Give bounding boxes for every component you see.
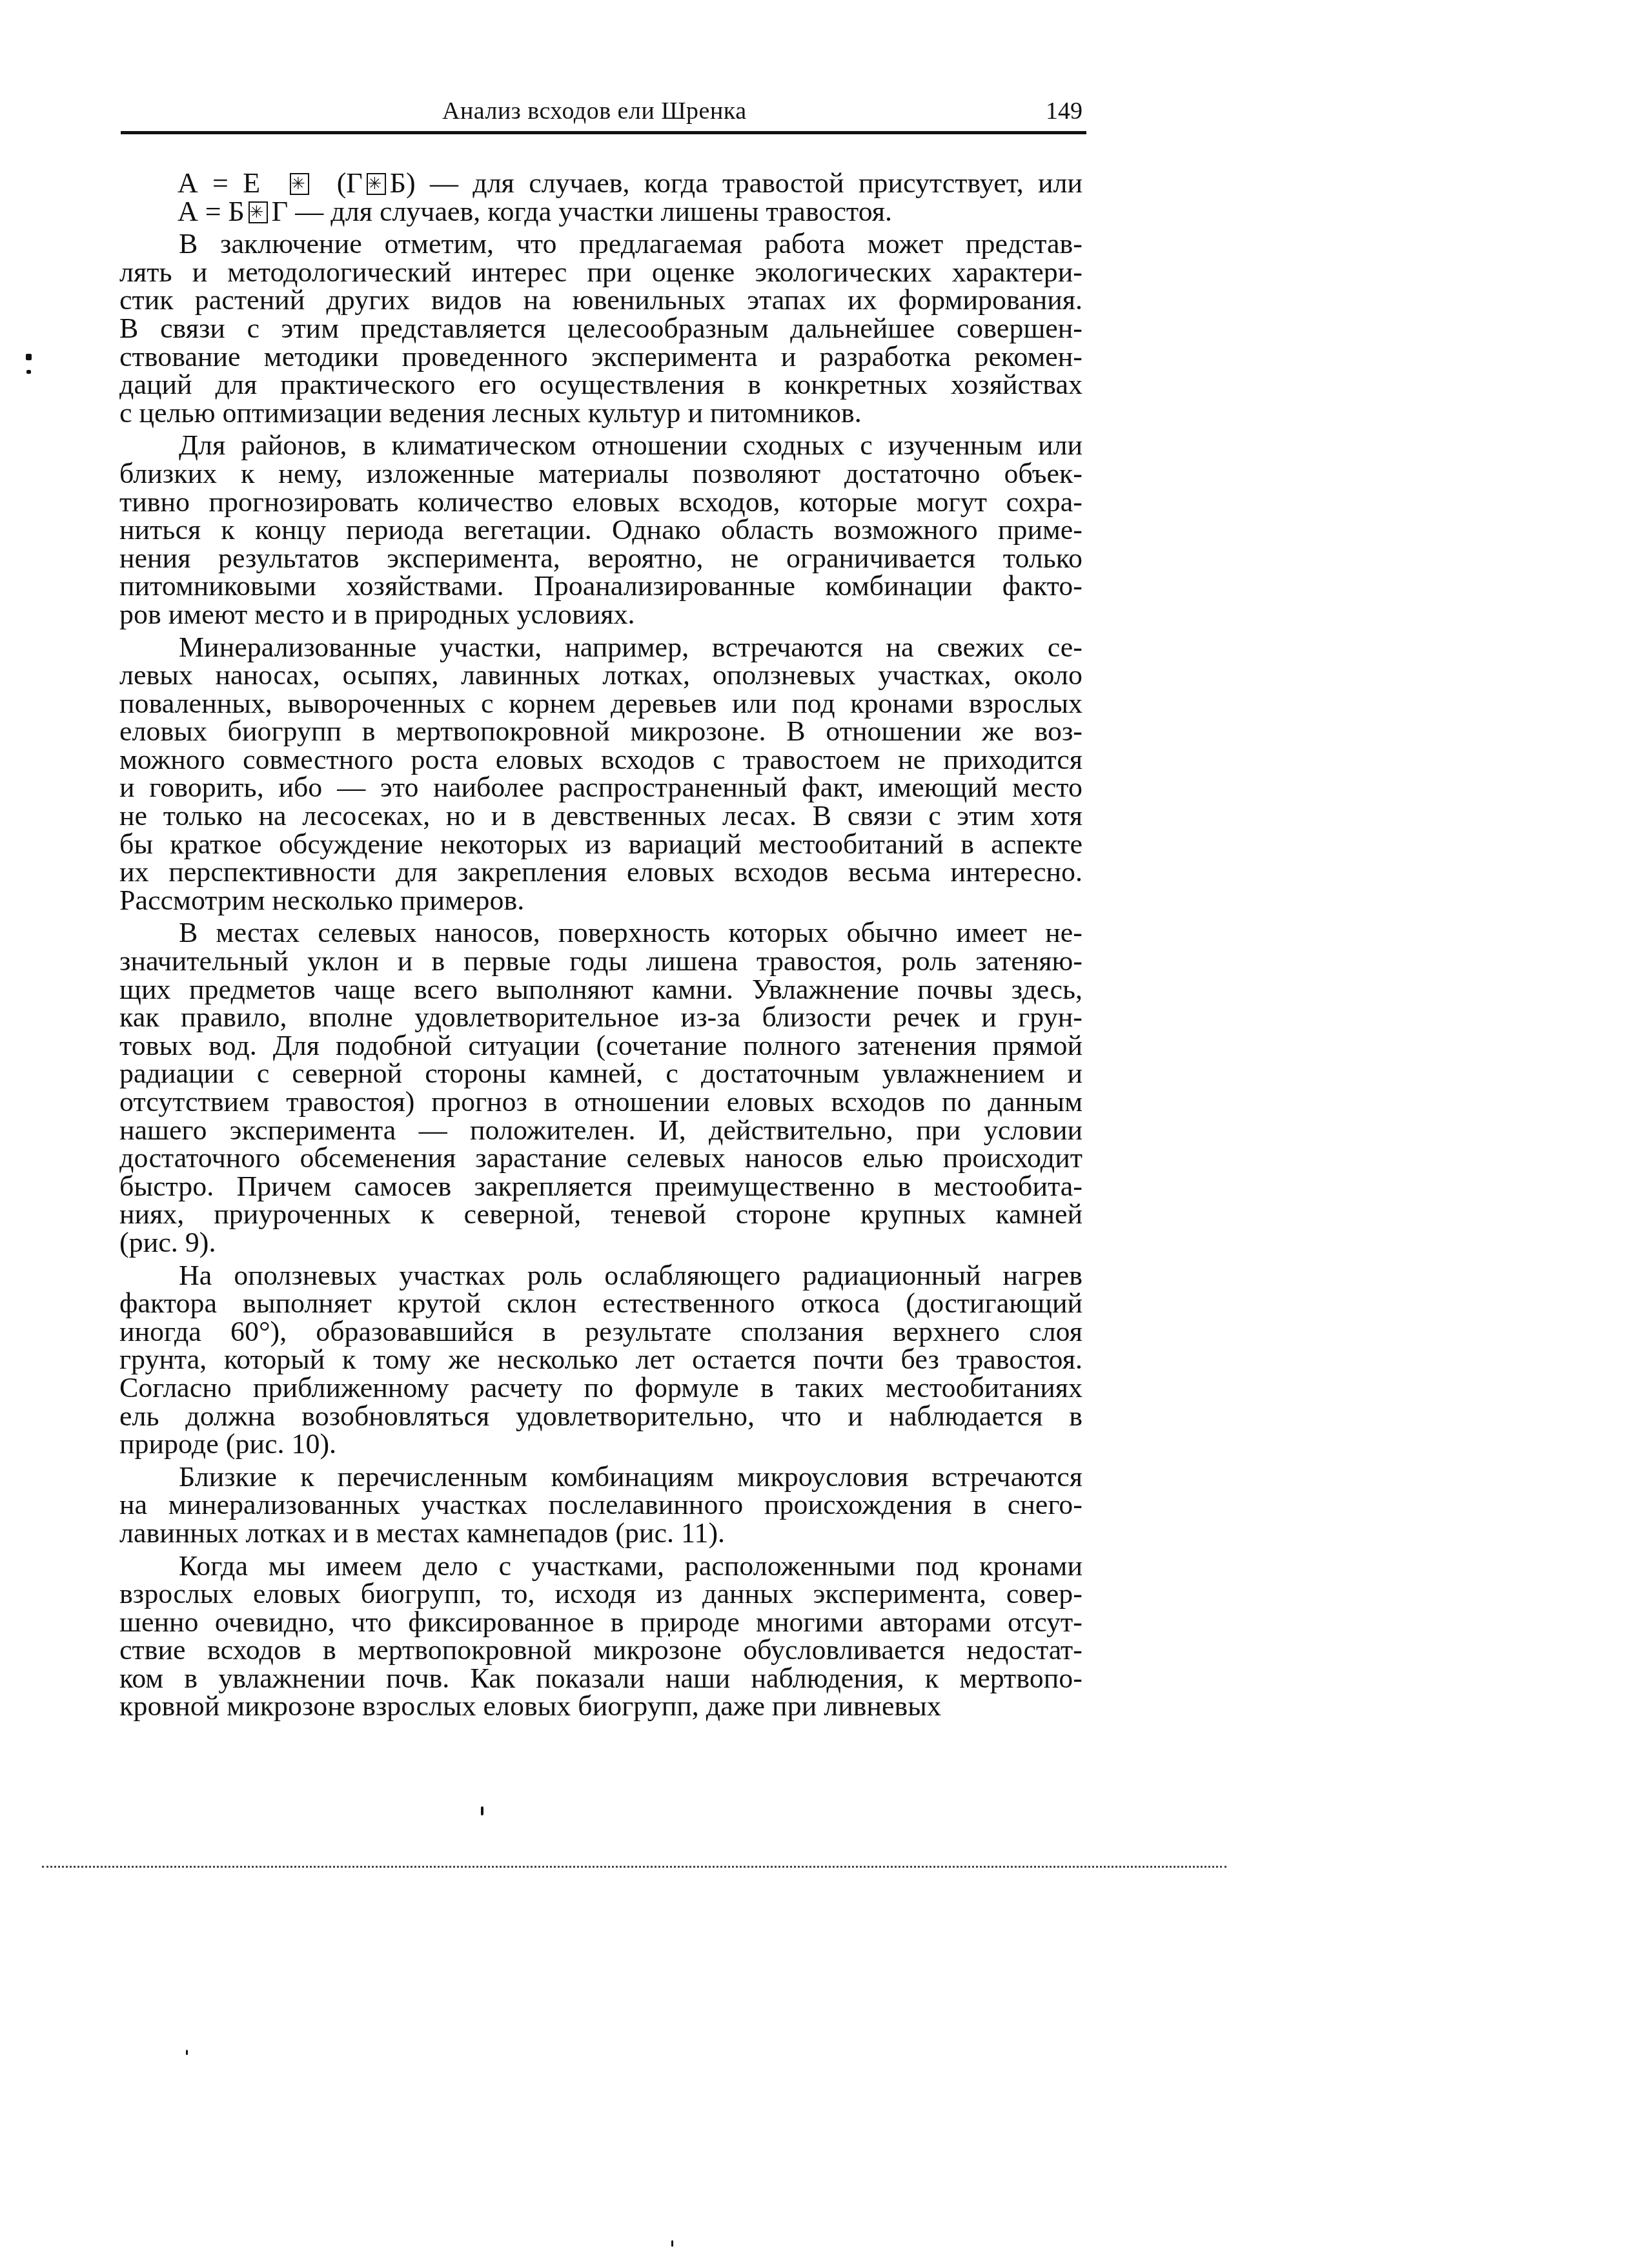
text-line: левых наносах, осыпях, лавинных лотках, … [119,661,1082,690]
text-line: поваленных, вывороченных с корнем деревь… [119,690,1082,718]
squared-asterisk-icon [367,173,386,195]
text-line: быстро. Причем самосев закрепляется преи… [119,1172,1082,1201]
formula-open: (Г [337,167,363,199]
paragraphs: В заключение отметим, что предлагаемая р… [119,230,1082,1721]
text-line: В связи с этим представляется целесообра… [119,314,1082,343]
text-line: (рис. 9). [119,1229,1082,1257]
text-line: еловых биогрупп в мертвопокровной микроз… [119,717,1082,746]
text-line: ствование методики проведенного эксперим… [119,343,1082,371]
squared-asterisk-icon [249,201,268,223]
text-line: лять и методологический интерес при оцен… [119,258,1082,287]
text-line: ствие всходов в мертвопокровной микрозон… [119,1636,1082,1664]
text-line: фактора выполняет крутой склон естествен… [119,1289,1082,1318]
text-line: Минерализованные участки, например, встр… [119,633,1082,662]
paragraph: Для районов, в климатическом отношении с… [119,431,1082,628]
text-line: ком в увлажнении почв. Как показали наши… [119,1664,1082,1693]
running-head: Анализ всходов ели Шренка 149 [121,96,1086,127]
paragraph: Минерализованные участки, например, встр… [119,633,1082,915]
text-line: Для районов, в климатическом отношении с… [119,431,1082,460]
text-line: грунта, который к тому же несколько лет … [119,1345,1082,1374]
text-line: нашего эксперимента — положителен. И, де… [119,1116,1082,1145]
scan-speck [481,1806,483,1815]
text-line: даций для практического его осуществлени… [119,371,1082,399]
text-line: и говорить, ибо — это наиболее распростр… [119,773,1082,802]
text-line: природе (рис. 10). [119,1430,1082,1458]
text-line: бы краткое обсуждение некоторых из вариа… [119,830,1082,859]
formula-lhs: А = Е [178,167,260,199]
text-line: не только на лесосеках, но и в девственн… [119,802,1082,830]
formula-text: Б) — для случаев, когда травостой присут… [390,167,1082,199]
text-line: взрослых еловых биогрупп, то, исходя из … [119,1580,1082,1608]
text-line: щих предметов чаще всего выполняют камни… [119,976,1082,1004]
text-line: как правило, вполне удовлетворительное и… [119,1003,1082,1032]
text-line: шенно очевидно, что фиксированное в прир… [119,1608,1082,1637]
text-line: тивно прогнозировать количество еловых в… [119,488,1082,516]
scan-speck [186,2050,188,2055]
text-line: значительный уклон и в первые годы лишен… [119,947,1082,976]
text-line: нения результатов эксперимента, вероятно… [119,544,1082,573]
formula-text: Г — для случаев, когда участки лишены тр… [272,196,892,227]
formula-line-2: А = БГ — для случаев, когда участки лише… [119,198,1082,226]
running-title: Анализ всходов ели Шренка [442,96,747,127]
text-line: близких к нему, изложенные материалы поз… [119,460,1082,488]
text-line: иногда 60°), образовавшийся в результате… [119,1318,1082,1346]
squared-asterisk-icon [290,173,309,195]
scan-speck [671,2240,673,2247]
text-line: На оползневых участках роль ослабляющего… [119,1262,1082,1290]
text-line: кровной микрозоне взрослых еловых биогру… [119,1692,1082,1721]
paragraph: В местах селевых наносов, поверхность ко… [119,919,1082,1256]
text-line: ниях, приуроченных к северной, теневой с… [119,1200,1082,1229]
scan-speck [26,354,32,360]
text-line: Близкие к перечисленным комбинациям микр… [119,1463,1082,1491]
text-line: с целью оптимизации ведения лесных культ… [119,399,1082,427]
paragraph: Когда мы имеем дело с участками, располо… [119,1552,1082,1721]
page-number: 149 [1046,96,1082,127]
scan-speck [668,1633,670,1637]
text-line: Когда мы имеем дело с участками, располо… [119,1552,1082,1580]
text-line: В заключение отметим, что предлагаемая р… [119,230,1082,258]
scan-speck [26,370,31,374]
text-line: стик растений других видов на ювенильных… [119,286,1082,314]
body-text: А = Е (ГБ) — для случаев, когда травосто… [119,169,1082,1725]
text-line: ниться к концу периода вегетации. Однако… [119,516,1082,544]
header-rule [121,131,1086,134]
text-line: питомниковыми хозяйствами. Проанализиров… [119,572,1082,600]
text-line: Согласно приближенному расчету по формул… [119,1374,1082,1402]
paragraph: В заключение отметим, что предлагаемая р… [119,230,1082,427]
text-line: ров имеют место и в природных условиях. [119,600,1082,629]
text-line: их перспективности для закрепления еловы… [119,858,1082,886]
paragraph: На оползневых участках роль ослабляющего… [119,1262,1082,1458]
text-line: достаточного обсеменения зарастание селе… [119,1144,1082,1172]
text-line: отсутствием травостоя) прогноз в отношен… [119,1088,1082,1116]
text-line: товых вод. Для подобной ситуации (сочета… [119,1032,1082,1060]
text-line: лавинных лотках и в местах камнепадов (р… [119,1519,1082,1548]
text-line: радиации с северной стороны камней, с до… [119,1059,1082,1088]
formula-lhs: А = Б [178,196,245,227]
text-line: В местах селевых наносов, поверхность ко… [119,919,1082,947]
page-bottom-edge [42,1866,1226,1868]
text-line: на минерализованных участках послелавинн… [119,1491,1082,1519]
text-line: можного совместного роста еловых всходов… [119,746,1082,774]
formula-line-1: А = Е (ГБ) — для случаев, когда травосто… [119,169,1082,198]
paragraph: Близкие к перечисленным комбинациям микр… [119,1463,1082,1548]
text-line: ель должна возобновляться удовлетворител… [119,1402,1082,1431]
text-line: Рассмотрим несколько примеров. [119,886,1082,915]
